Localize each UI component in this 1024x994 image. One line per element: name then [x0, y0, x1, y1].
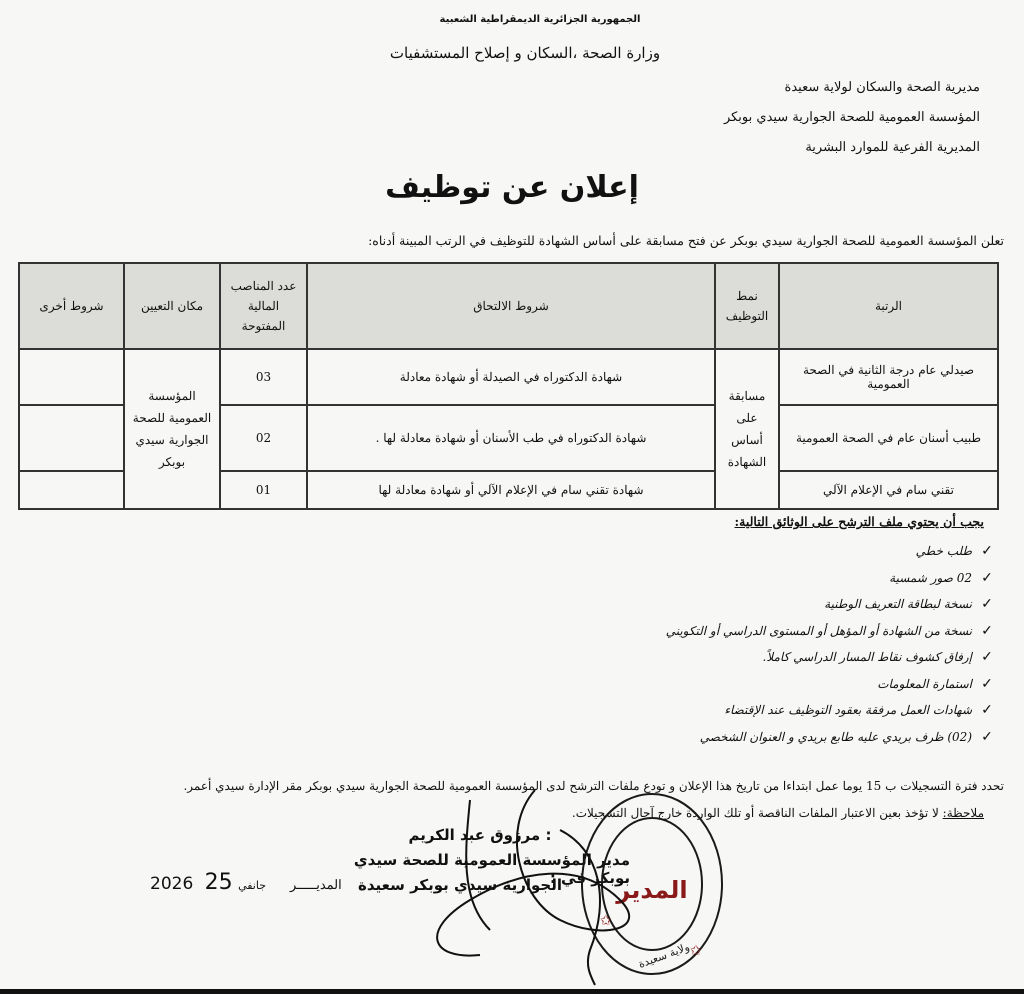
director-role: المديـــــر	[290, 878, 342, 893]
svg-text:ولاية سعيدة: ولاية سعيدة	[637, 940, 692, 970]
header-posts: عدد المناصب المالية المفتوحة	[220, 263, 307, 349]
date-day: 25	[205, 870, 233, 895]
document-date: 2026 جانفي 25	[150, 870, 266, 895]
conditions-cell: شهادة الدكتوراه في الصيدلة أو شهادة معاد…	[307, 349, 715, 405]
check-icon: ✓	[980, 702, 994, 718]
jobs-table: الرتبة نمط التوظيف شروط الالتحاق عدد الم…	[18, 262, 999, 510]
republic-header: الجمهورية الجزائرية الديمقراطية الشعبية	[420, 14, 660, 25]
svg-text:✩: ✩	[600, 913, 612, 929]
table-row: صيدلي عام درجة الثانية في الصحة العمومية…	[19, 349, 998, 405]
svg-text:✩: ✩	[690, 943, 702, 959]
check-icon: ✓	[980, 729, 994, 745]
list-item: ✓02 صور شمسية	[394, 565, 994, 592]
check-icon: ✓	[980, 543, 994, 559]
documents-title: يجب أن يحتوي ملف الترشح على الوثائق التا…	[735, 514, 984, 529]
check-icon: ✓	[980, 623, 994, 639]
table-header-row: الرتبة نمط التوظيف شروط الالتحاق عدد الم…	[19, 263, 998, 349]
note-label: ملاحظة:	[943, 806, 984, 820]
header-mode: نمط التوظيف	[715, 263, 779, 349]
list-item: ✓طلب خطي	[394, 538, 994, 565]
check-icon: ✓	[980, 676, 994, 692]
list-item: ✓إرفاق كشوف نقاط المسار الدراسي كاملاً.	[394, 644, 994, 671]
other-cell	[19, 471, 124, 509]
header-rank: الرتبة	[779, 263, 998, 349]
rank-cell: تقني سام في الإعلام الآلي	[779, 471, 998, 509]
check-icon: ✓	[980, 649, 994, 665]
posts-cell: 03	[220, 349, 307, 405]
recruitment-mode-cell: مسابقة على أساس الشهادة	[715, 349, 779, 509]
conditions-cell: شهادة تقني سام في الإعلام الآلي أو شهادة…	[307, 471, 715, 509]
page-title: إعلان عن توظيف	[0, 170, 1024, 205]
check-icon: ✓	[980, 596, 994, 612]
other-cell	[19, 349, 124, 405]
header-conditions: شروط الالتحاق	[307, 263, 715, 349]
note-paragraph: ملاحظة: لا تؤخذ بعين الاعتبار الملفات ال…	[572, 806, 984, 820]
deadline-paragraph: تحدد فترة التسجيلات ب 15 يوما عمل ابتداء…	[183, 779, 1004, 793]
posts-cell: 01	[220, 471, 307, 509]
note-text: لا تؤخذ بعين الاعتبار الملفات الناقصة أو…	[572, 806, 943, 820]
check-icon: ✓	[980, 570, 994, 586]
header-place: مكان التعيين	[124, 263, 220, 349]
other-cell	[19, 405, 124, 471]
directorate-line: مديرية الصحة والسكان لولاية سعيدة	[785, 80, 980, 95]
documents-list: ✓طلب خطي ✓02 صور شمسية ✓نسخة لبطاقة التع…	[394, 538, 994, 750]
list-item: ✓استمارة المعلومات	[394, 671, 994, 698]
list-item: ✓شهادات العمل مرفقة بعقود التوظيف عند ال…	[394, 697, 994, 724]
institution-line: المؤسسة العمومية للصحة الجوارية سيدي بوب…	[724, 110, 980, 125]
posts-cell: 02	[220, 405, 307, 471]
rank-cell: صيدلي عام درجة الثانية في الصحة العمومية	[779, 349, 998, 405]
list-item: ✓(02) ظرف بريدي عليه طابع بريدي و العنوا…	[394, 724, 994, 751]
rank-cell: طبيب أسنان عام في الصحة العمومية	[779, 405, 998, 471]
sub-directorate-line: المديرية الفرعية للموارد البشرية	[805, 140, 980, 155]
signatory-name: : مرزوق عبد الكريم	[360, 826, 600, 844]
signatory-title-line2: الجوارية سيدي بوبكر سعيدة	[350, 876, 570, 894]
assignment-place-cell: المؤسسة العمومية للصحة الجوارية سيدي بوب…	[124, 349, 220, 509]
scan-bottom-border	[0, 989, 1024, 994]
ministry-header: وزارة الصحة ،السكان و إصلاح المستشفيات	[380, 44, 670, 62]
date-month: جانفي	[238, 879, 266, 892]
list-item: ✓نسخة لبطاقة التعريف الوطنية	[394, 591, 994, 618]
date-year: 2026	[150, 874, 193, 894]
header-other: شروط أخرى	[19, 263, 124, 349]
list-item: ✓نسخة من الشهادة أو المؤهل أو المستوى ال…	[394, 618, 994, 645]
intro-paragraph: تعلن المؤسسة العمومية للصحة الجوارية سيد…	[368, 233, 1004, 248]
conditions-cell: شهادة الدكتوراه في طب الأسنان أو شهادة م…	[307, 405, 715, 471]
